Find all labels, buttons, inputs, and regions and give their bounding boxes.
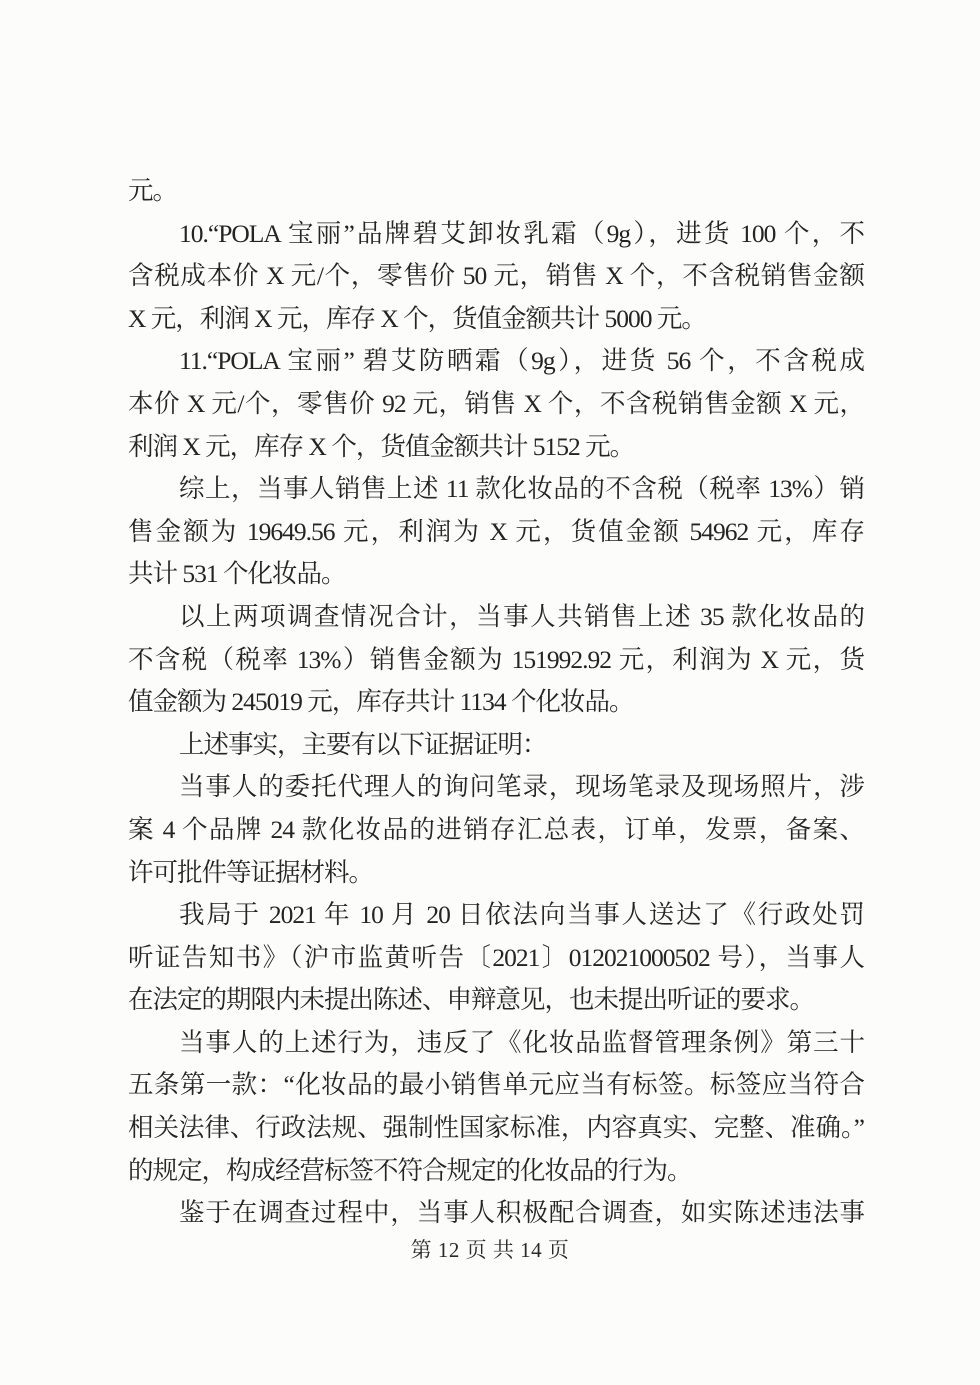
text-line: 的规定，构成经营标签不符合规定的化妆品的行为。	[128, 1150, 864, 1193]
paragraph-summary-total: 以上两项调查情况合计，当事人共销售上述 35 款化妆品的 不含税（税率 13%）…	[128, 596, 864, 724]
text-line: 相关法律、行政法规、强制性国家标准，内容真实、完整、准确。”	[128, 1107, 864, 1150]
text-line: 以上两项调查情况合计，当事人共销售上述 35 款化妆品的	[128, 596, 864, 639]
text-line: 鉴于在调查过程中，当事人积极配合调查，如实陈述违法事	[128, 1192, 864, 1235]
text-line: 听证告知书》（沪市监黄听告〔2021〕012021000502 号），当事人	[128, 937, 864, 980]
text-line: 在法定的期限内未提出陈述、申辩意见，也未提出听证的要求。	[128, 979, 864, 1022]
text-line: 案 4 个品牌 24 款化妆品的进销存汇总表，订单，发票，备案、	[128, 809, 864, 852]
text-line: 本价 X 元/个，零售价 92 元，销售 X 个，不含税销售金额 X 元，	[128, 383, 864, 426]
text-line: 五条第一款：“化妆品的最小销售单元应当有标签。标签应当符合	[128, 1064, 864, 1107]
paragraph-continuation: 元。	[128, 170, 864, 213]
paragraph-hearing-notice: 我局于 2021 年 10 月 20 日依法向当事人送达了《行政处罚 听证告知书…	[128, 894, 864, 1022]
paragraph-evidence-intro: 上述事实，主要有以下证据证明：	[128, 724, 864, 767]
paragraph-evidence-list: 当事人的委托代理人的询问笔录，现场笔录及现场照片，涉 案 4 个品牌 24 款化…	[128, 766, 864, 894]
paragraph-item-10: 10.“POLA 宝丽”品牌碧艾卸妆乳霜（9g），进货 100 个，不 含税成本…	[128, 213, 864, 341]
page-footer: 第 12 页 共 14 页	[0, 1233, 980, 1267]
text-line: 11.“POLA 宝丽” 碧艾防晒霜（9g），进货 56 个，不含税成	[128, 340, 864, 383]
paragraph-summary-11: 综上，当事人销售上述 11 款化妆品的不含税（税率 13%）销 售金额为 196…	[128, 468, 864, 596]
text-line: 我局于 2021 年 10 月 20 日依法向当事人送达了《行政处罚	[128, 894, 864, 937]
text-line: 许可批件等证据材料。	[128, 852, 864, 895]
text-line: 元。	[128, 170, 864, 213]
text-line: 含税成本价 X 元/个，零售价 50 元，销售 X 个，不含税销售金额	[128, 255, 864, 298]
text-line: 当事人的上述行为，违反了《化妆品监督管理条例》第三十	[128, 1022, 864, 1065]
text-line: 当事人的委托代理人的询问笔录，现场笔录及现场照片，涉	[128, 766, 864, 809]
text-line: 上述事实，主要有以下证据证明：	[128, 724, 864, 767]
paragraph-item-11: 11.“POLA 宝丽” 碧艾防晒霜（9g），进货 56 个，不含税成 本价 X…	[128, 340, 864, 468]
text-line: 综上，当事人销售上述 11 款化妆品的不含税（税率 13%）销	[128, 468, 864, 511]
text-line: 共计 531 个化妆品。	[128, 553, 864, 596]
paragraph-mitigation: 鉴于在调查过程中，当事人积极配合调查，如实陈述违法事	[128, 1192, 864, 1235]
text-line: 不含税（税率 13%）销售金额为 151992.92 元，利润为 X 元，货	[128, 639, 864, 682]
document-page: 元。 10.“POLA 宝丽”品牌碧艾卸妆乳霜（9g），进货 100 个，不 含…	[0, 0, 980, 1385]
document-body-text: 元。 10.“POLA 宝丽”品牌碧艾卸妆乳霜（9g），进货 100 个，不 含…	[128, 170, 864, 1235]
text-line: 售金额为 19649.56 元，利润为 X 元，货值金额 54962 元，库存	[128, 511, 864, 554]
paragraph-violation: 当事人的上述行为，违反了《化妆品监督管理条例》第三十 五条第一款：“化妆品的最小…	[128, 1022, 864, 1192]
text-line: 值金额为 245019 元，库存共计 1134 个化妆品。	[128, 681, 864, 724]
text-line: 10.“POLA 宝丽”品牌碧艾卸妆乳霜（9g），进货 100 个，不	[128, 213, 864, 256]
text-line: X 元，利润 X 元，库存 X 个，货值金额共计 5000 元。	[128, 298, 864, 341]
text-line: 利润 X 元，库存 X 个，货值金额共计 5152 元。	[128, 426, 864, 469]
page-number-label: 第 12 页 共 14 页	[411, 1238, 570, 1262]
